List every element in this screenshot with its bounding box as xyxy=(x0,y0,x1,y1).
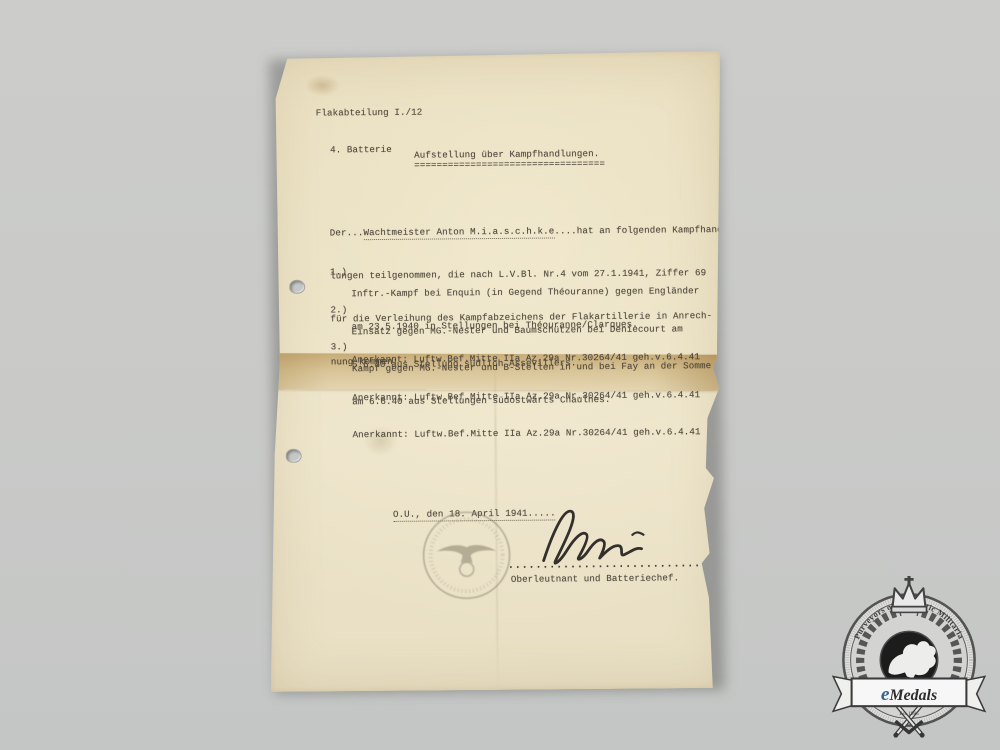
intro-suffix: ....hat an folgenden Kampfhand- xyxy=(554,224,728,237)
punch-hole xyxy=(289,280,305,294)
signoff-title: Oberleutnant und Batteriechef. xyxy=(511,572,679,584)
brand-e: e xyxy=(881,684,890,705)
unit-line-1: Flakabteilung I./12 xyxy=(316,107,423,119)
unit-header: Flakabteilung I./12 4. Batterie xyxy=(315,85,422,177)
item-line: Inftr.-Kampf bei Enquin (in Gegend Théou… xyxy=(351,285,699,299)
photo-of-document: Flakabteilung I./12 4. Batterie Aufstell… xyxy=(0,0,1000,750)
item-line: Einsatz gegen MG.-Nester und Baumschütze… xyxy=(352,323,700,337)
document-paper: Flakabteilung I./12 4. Batterie Aufstell… xyxy=(265,51,726,692)
recipient-name: Wachtmeister Anton M.i.a.s.c.h.k.e xyxy=(363,225,554,240)
title-underline: ================================== xyxy=(414,158,605,171)
brand-text: eMedals xyxy=(881,684,937,705)
ink-stamp-eagle xyxy=(414,503,520,609)
emedals-watermark-logo: Purveyors of Authentic Militaria xyxy=(827,576,991,740)
punch-hole xyxy=(286,449,302,463)
unit-line-2: 4. Batterie xyxy=(330,143,423,155)
item-text: Kampf gegen MG.-Nester und B-Stellen in … xyxy=(352,338,712,462)
eagle-icon xyxy=(437,545,497,564)
item-line: am 6.6.40 aus Stellungen südostwärts Cha… xyxy=(352,393,711,407)
brand-rest: Medals xyxy=(889,687,938,704)
intro-prefix: Der... xyxy=(330,227,364,238)
engagement-item-3: 3.) Kampf gegen MG.-Nester und B-Stellen… xyxy=(331,338,712,462)
item-line: Anerkannt: Luftw.Bef.Mitte IIa Az.29a Nr… xyxy=(352,426,711,440)
crown-icon xyxy=(892,576,927,612)
intro-line-1: Der...Wachtmeister Anton M.i.a.s.c.h.k.e… xyxy=(330,223,715,241)
item-number: 3.) xyxy=(331,341,353,462)
item-line: Kampf gegen MG.-Nester und B-Stellen in … xyxy=(352,360,711,374)
established-text: Est. 1985 xyxy=(899,711,919,717)
